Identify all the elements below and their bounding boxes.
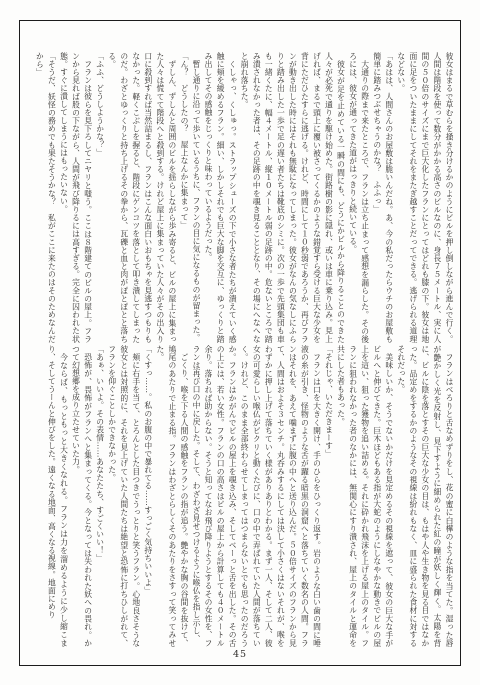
paragraph: 彼女が足を止めている一瞬の間にも、どうにかビルから降りることのできた人々が必死で… xyxy=(238,52,346,343)
paragraph: 「ん？ どうしたの？ 屋上なんかに集まって」 xyxy=(178,52,190,343)
text-band-top: 彼女はまるで草むらを掻き分けるかのようにビルを押し倒しながら進んで行く。人間は階… xyxy=(29,52,455,343)
paragraph: 「そうだ、妖怪の務めでも果たそうかな？ 私がここに来たのはそのためなんだから」 xyxy=(33,52,57,343)
paragraph: フランは口を大きく開け、手のひらをひっくり返す。岩のような白い歯の間に唾液の糸が… xyxy=(190,345,323,647)
paragraph: 「それじゃ、いただきまーす」 xyxy=(322,345,334,647)
paragraph: ずしん、ずしんと周囲のビルを揺らしながら歩み寄ると、ビルの屋上に集まった人々は慌… xyxy=(106,52,178,343)
paragraph: 今ならば、もっともっと大きくなれる。フランは力を溜めるように少し縮こまり、そして… xyxy=(45,345,69,647)
paragraph: 大通りの際まで来たところで、フランは立ち止まって感想を漏らした。その後ろには、彼… xyxy=(347,52,371,343)
paragraph: 「あはは、人間さんのお屋敷は脆いんだね。あ、今の私だったらウチのお屋敷も簡単に踏… xyxy=(371,52,395,343)
page-number: 45 xyxy=(0,649,480,660)
paragraph: 「ふふ、どうしようかな？」 xyxy=(94,52,106,343)
paragraph: 「あぁ、いいよ。その表情……あなたたち、すごくいい！」 xyxy=(94,345,106,647)
paragraph: フランはべろりと舌なめずりをし、花の蜜に白樺のような指を当てた。湿った唇が艶かし… xyxy=(395,345,455,647)
paragraph: 彼女はまるで草むらを掻き分けるかのようにビルを押し倒しながら進んで行く。人間は階… xyxy=(395,52,455,343)
paragraph: フランは彼らを見下ろしてニヤリと嗤う。ここは８階建てのビルの屋上。フランから見れ… xyxy=(57,52,93,343)
paragraph: 恐怖が、畏怖がフランへと集まってくる。今となっては失われた妖への畏れ。かつて幻想… xyxy=(70,345,94,647)
novel-page-scan: 彼女はまるで草むらを掻き分けるかのようにビルを押し倒しながら進んで行く。人間は階… xyxy=(0,0,480,685)
paragraph: ごくり、喉を下る人間の感触をフランの指が追う。艶やかな胸の谷間を抜けて、鳩尾のあ… xyxy=(154,345,190,647)
paragraph: 「くすっ……。私のお腹の中で暴れてる……すっごく気持ちいいよ」 xyxy=(142,345,154,647)
paragraph: くしゃっ、くしゅっ。ストラップシューズの下で小さな者たちが潰えていく感触に頬を緩… xyxy=(202,52,238,343)
paragraph: 暫し通りに沿って歩いているうちに、フランの目に気になるものが留まった。 xyxy=(190,52,202,343)
text-band-bottom: フランはべろりと舌なめずりをし、花の蜜に白樺のような指を当てた。湿った唇が艶かし… xyxy=(29,345,455,647)
paragraph: 頬に右手を当て、とろんとした目つきでうっとりと笑うフラン。心地良さそうな彼女とは… xyxy=(106,345,142,647)
paragraph: 美味しいか、そうでないかだけを見定めるその視線を遮って、彼女の巨大な手がビルへと… xyxy=(335,345,395,647)
